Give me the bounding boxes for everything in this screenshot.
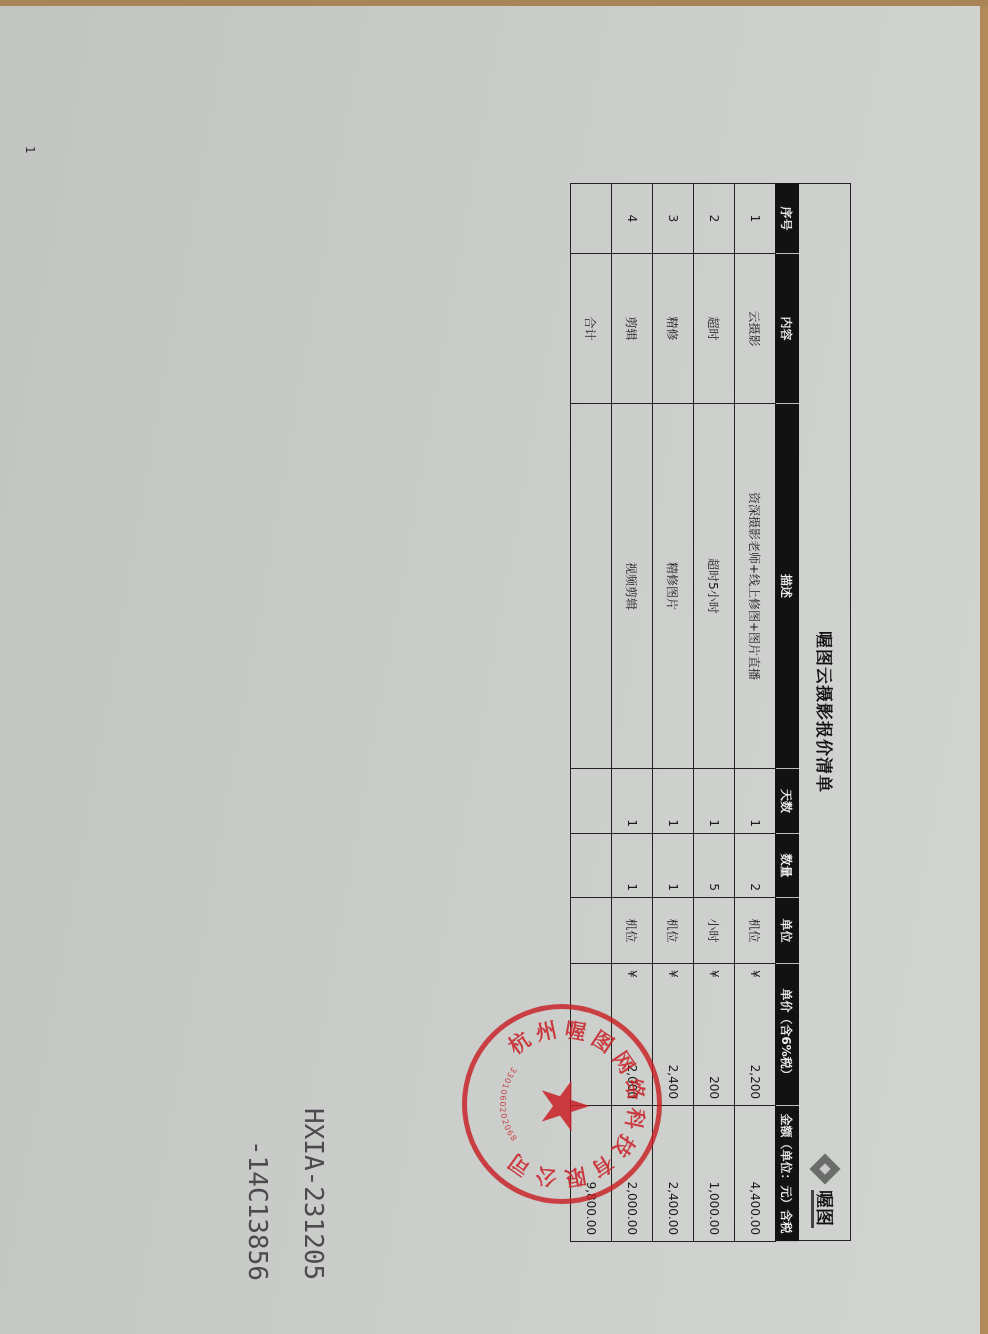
- header-desc: 描述: [776, 404, 799, 769]
- row-item: 剪辑: [612, 254, 653, 404]
- title-band: 喔图云摄影报价清单 喔图: [799, 183, 851, 1241]
- empty-cell: [571, 898, 612, 964]
- row-amount: 1,000.00: [694, 1106, 735, 1242]
- row-price: ¥2,200: [735, 964, 776, 1106]
- header-amount: 金额（单位：元）含税: [776, 1106, 799, 1242]
- table-row: 1 云摄影 资深摄影老师+线上修图+图片直播 1 2 机位 ¥2,200 4,4…: [735, 184, 776, 1242]
- header-no: 序号: [776, 184, 799, 254]
- row-price: ¥200: [694, 964, 735, 1106]
- page-number: 1: [34, 146, 36, 156]
- row-days: 1: [653, 769, 694, 834]
- table-header-row: 序号 内容 描述 天数 数量 单位 单价（含6%税） 金额（单位：元）含税: [776, 184, 799, 1242]
- logo-text: 喔图: [812, 1190, 838, 1226]
- row-days: 1: [735, 769, 776, 834]
- handwritten-note-line1: HXIA-231205: [298, 1108, 328, 1280]
- document-title: 喔图云摄影报价清单: [813, 184, 838, 1240]
- row-desc: 超时5小时: [694, 404, 735, 769]
- total-label: 合计: [571, 254, 612, 404]
- row-no: 2: [694, 184, 735, 254]
- currency-symbol: ¥: [707, 970, 721, 978]
- empty-cell: [571, 769, 612, 834]
- currency-symbol: ¥: [748, 970, 762, 978]
- row-no: 4: [612, 184, 653, 254]
- row-unit: 机位: [735, 898, 776, 964]
- price-value: 2,400: [666, 1065, 680, 1099]
- row-no: 1: [735, 184, 776, 254]
- row-unit: 机位: [653, 898, 694, 964]
- empty-cell: [571, 834, 612, 898]
- company-seal: ★ 杭州喔图网络科技有限公司3301060202068: [462, 1004, 662, 1204]
- currency-symbol: ¥: [625, 970, 639, 978]
- seal-text-char: 司: [503, 1148, 536, 1181]
- header-price: 单价（含6%税）: [776, 964, 799, 1106]
- seal-text-char: 公: [532, 1162, 561, 1191]
- seal-star-icon: ★: [529, 1071, 599, 1141]
- row-amount: 4,400.00: [735, 1106, 776, 1242]
- price-value: 200: [707, 1076, 721, 1099]
- logo-tagline: [811, 1190, 814, 1228]
- table-row: 2 超时 超时5小时 1 5 小时 ¥200 1,000.00: [694, 184, 735, 1242]
- row-desc: 精修图片: [653, 404, 694, 769]
- row-qty: 1: [612, 834, 653, 898]
- empty-cell: [571, 404, 612, 769]
- seal-text-char: 限: [561, 1163, 589, 1191]
- seal-text-char: 杭: [503, 1027, 536, 1060]
- header-days: 天数: [776, 769, 799, 834]
- row-days: 1: [612, 769, 653, 834]
- company-logo: 喔图: [804, 1156, 844, 1228]
- row-qty: 1: [653, 834, 694, 898]
- row-desc: 视频剪辑: [612, 404, 653, 769]
- seal-text-char: 网: [607, 1046, 640, 1079]
- desk-background: [0, 0, 988, 6]
- header-item: 内容: [776, 254, 799, 404]
- seal-text-char: 州: [532, 1017, 561, 1046]
- header-qty: 数量: [776, 834, 799, 898]
- row-qty: 5: [694, 834, 735, 898]
- row-qty: 2: [735, 834, 776, 898]
- row-item: 云摄影: [735, 254, 776, 404]
- row-unit: 机位: [612, 898, 653, 964]
- handwritten-note-line2: -14C13856: [242, 1140, 272, 1281]
- row-desc: 资深摄影老师+线上修图+图片直播: [735, 404, 776, 769]
- logo-diamond-icon: [809, 1153, 840, 1184]
- row-days: 1: [694, 769, 735, 834]
- row-unit: 小时: [694, 898, 735, 964]
- row-no: 3: [653, 184, 694, 254]
- row-item: 超时: [694, 254, 735, 404]
- header-unit: 单位: [776, 898, 799, 964]
- currency-symbol: ¥: [666, 970, 680, 978]
- price-value: 2,200: [748, 1065, 762, 1099]
- row-item: 精修: [653, 254, 694, 404]
- total-empty-cell: [571, 184, 612, 254]
- seal-text-char: 络: [620, 1075, 648, 1103]
- seal-text-char: 科: [620, 1104, 648, 1132]
- seal-text-char: 喔: [561, 1017, 589, 1045]
